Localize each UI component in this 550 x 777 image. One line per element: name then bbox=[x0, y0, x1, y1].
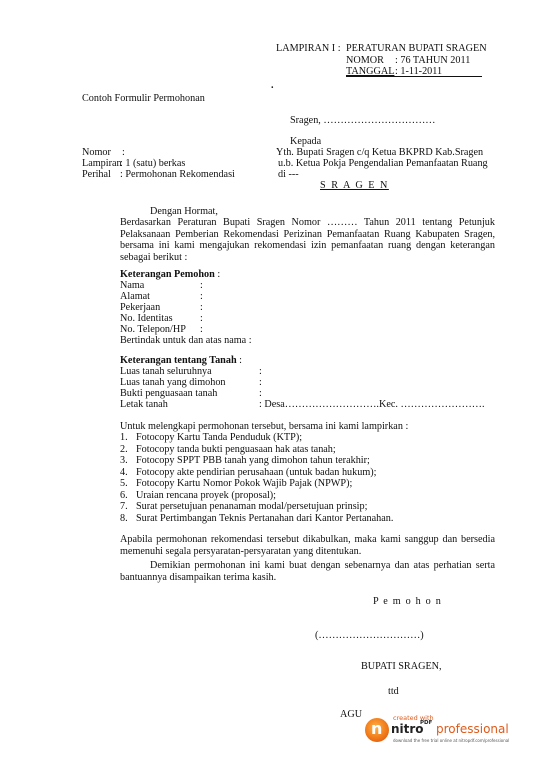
signature-name: AGU bbox=[340, 709, 362, 721]
pemohon-on-behalf: Bertindak untuk dan atas nama : bbox=[120, 335, 252, 347]
recipient-line1: Yth. Bupati Sragen c/q Ketua BKPRD Kab.S… bbox=[276, 147, 483, 159]
form-title: Contoh Formulir Permohonan bbox=[82, 93, 205, 105]
greeting: Dengan Hormat, bbox=[150, 206, 218, 218]
field-label: Letak tanah bbox=[120, 399, 259, 411]
watermark-brand: nitro bbox=[391, 722, 424, 736]
signature-ttd: ttd bbox=[388, 686, 399, 698]
list-item: 1.Fotocopy Kartu Tanda Penduduk (KTP); bbox=[120, 432, 393, 444]
lampiran-label: LAMPIRAN I : bbox=[276, 43, 341, 55]
field-label: No. Telepon/HP bbox=[120, 324, 200, 336]
tanggal-row: TANGGAL : 1-11-2011 bbox=[346, 66, 482, 78]
field-label: Pekerjaan bbox=[120, 302, 200, 314]
field-value[interactable]: : bbox=[200, 291, 203, 302]
field-value[interactable]: : Desa……………………….Kec. ……………………. bbox=[259, 399, 485, 410]
tanggal-underline bbox=[346, 76, 482, 77]
attachments-intro: Untuk melengkapi permohonan tersebut, be… bbox=[120, 421, 408, 433]
list-item: 5.Fotocopy Kartu Nomor Pokok Wajib Pajak… bbox=[120, 478, 393, 490]
field-label: No. Identitas bbox=[120, 313, 200, 325]
watermark-pdf: PDF bbox=[420, 720, 432, 727]
field-label: Luas tanah seluruhnya bbox=[120, 366, 259, 378]
field-value[interactable]: : bbox=[200, 302, 203, 313]
list-item: 4.Fotocopy akte pendirian perusahaan (un… bbox=[120, 467, 393, 479]
field-value[interactable]: : bbox=[200, 280, 203, 291]
tanah-title-suffix: : bbox=[237, 355, 242, 366]
tanah-title: Keterangan tentang Tanah bbox=[120, 355, 237, 366]
recipient-line3: di --- bbox=[278, 169, 299, 181]
nomor-value: : 76 TAHUN 2011 bbox=[395, 55, 470, 67]
list-item: 6.Uraian rencana proyek (proposal); bbox=[120, 490, 393, 502]
lampiran-value: PERATURAN BUPATI SRAGEN bbox=[346, 43, 487, 55]
field-label: Luas tanah yang dimohon bbox=[120, 377, 259, 389]
field-value[interactable]: : bbox=[200, 324, 203, 335]
meta-lampiran-value: : 1 (satu) berkas bbox=[120, 158, 185, 170]
meta-perihal-value: : Permohonan Rekomendasi bbox=[120, 169, 235, 181]
attachments-list: 1.Fotocopy Kartu Tanda Penduduk (KTP); 2… bbox=[120, 432, 393, 524]
nomor-label: NOMOR bbox=[346, 55, 384, 67]
place-date: Sragen, …………………………… bbox=[290, 115, 435, 127]
pemohon-field-alamat: Alamat: bbox=[120, 291, 203, 303]
signature-blank: (…………………………) bbox=[315, 630, 424, 642]
meta-nomor-label: Nomor bbox=[82, 147, 111, 159]
nitro-logo-icon: n bbox=[365, 718, 389, 742]
tanah-field-luas-seluruhnya: Luas tanah seluruhnya: bbox=[120, 366, 262, 378]
pemohon-field-nama: Nama: bbox=[120, 280, 203, 292]
pemohon-field-telepon: No. Telepon/HP: bbox=[120, 324, 203, 336]
watermark-edition: professional bbox=[436, 722, 509, 736]
tanah-field-luas-dimohon: Luas tanah yang dimohon: bbox=[120, 377, 262, 389]
recipient-city: S R A G E N bbox=[320, 180, 389, 192]
pemohon-title-suffix: : bbox=[215, 269, 220, 280]
list-item: 7.Surat persetujuan penanaman modal/pers… bbox=[120, 501, 393, 513]
list-item: 2.Fotocopy tanda bukti penguasaan hak at… bbox=[120, 444, 393, 456]
field-value[interactable]: : bbox=[259, 366, 262, 377]
pemohon-section-title: Keterangan Pemohon : bbox=[120, 269, 220, 281]
tanah-field-bukti: Bukti penguasaan tanah: bbox=[120, 388, 262, 400]
recipient-kepada: Kepada bbox=[290, 136, 321, 148]
meta-nomor-value: : bbox=[122, 147, 125, 159]
meta-lampiran-label: Lampiran bbox=[82, 158, 122, 170]
field-value[interactable]: : bbox=[259, 377, 262, 388]
pemohon-field-identitas: No. Identitas: bbox=[120, 313, 203, 325]
tanah-field-letak: Letak tanah: Desa……………………….Kec. ……………………… bbox=[120, 399, 485, 411]
field-value[interactable]: : bbox=[259, 388, 262, 399]
nitro-watermark: n created with nitro PDF professional do… bbox=[365, 714, 515, 754]
meta-perihal-label: Perihal bbox=[82, 169, 111, 181]
field-value[interactable]: : bbox=[200, 313, 203, 324]
field-label: Bukti penguasaan tanah bbox=[120, 388, 259, 400]
list-item: 3.Fotocopy SPPT PBB tanah yang dimohon t… bbox=[120, 455, 393, 467]
intro-paragraph: Berdasarkan Peraturan Bupati Sragen Nomo… bbox=[120, 217, 495, 263]
list-item: 8.Surat Pertimbangan Teknis Pertanahan d… bbox=[120, 513, 393, 525]
recipient-line2: u.b. Ketua Pokja Pengendalian Pemanfaata… bbox=[278, 158, 488, 170]
pemohon-title: Keterangan Pemohon bbox=[120, 269, 215, 280]
dot-mark: . bbox=[271, 80, 274, 92]
field-label: Alamat bbox=[120, 291, 200, 303]
field-label: Nama bbox=[120, 280, 200, 292]
watermark-download-link[interactable]: download the free trial online at nitrop… bbox=[393, 738, 509, 743]
tanah-section-title: Keterangan tentang Tanah : bbox=[120, 355, 242, 367]
signature-role: P e m o h o n bbox=[373, 596, 442, 608]
closing-paragraph-2: Demikian permohonan ini kami buat dengan… bbox=[120, 560, 495, 583]
signature-official: BUPATI SRAGEN, bbox=[361, 661, 442, 673]
closing-paragraph-1: Apabila permohonan rekomendasi tersebut … bbox=[120, 534, 495, 557]
pemohon-field-pekerjaan: Pekerjaan: bbox=[120, 302, 203, 314]
